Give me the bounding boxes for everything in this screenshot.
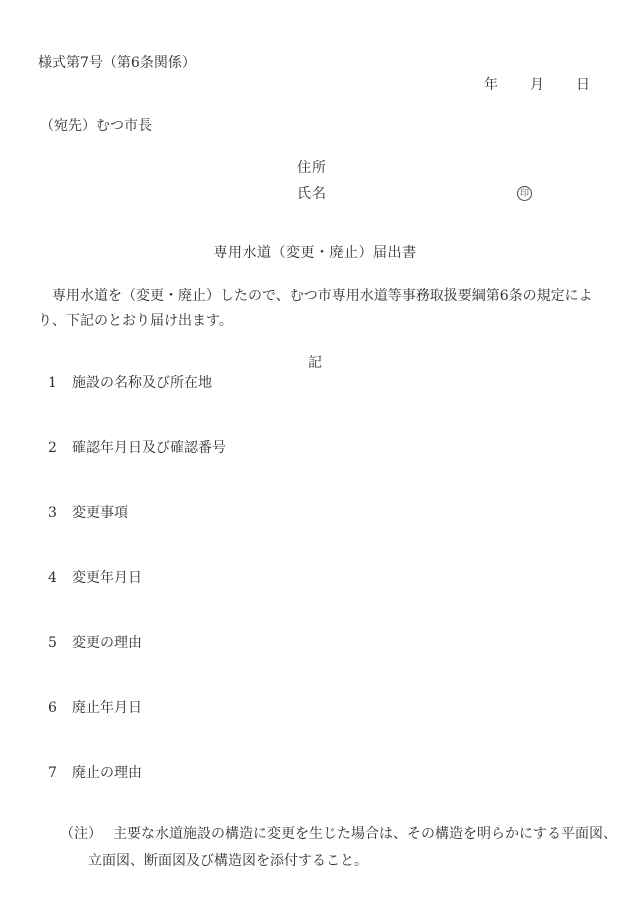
list-item-7: 7 廃止の理由: [48, 765, 142, 782]
submitter-name-label: 氏名: [297, 186, 327, 203]
list-item-2: 2 確認年月日及び確認番号: [48, 440, 226, 457]
record-heading: 記: [0, 355, 630, 372]
item-number: 6: [48, 700, 72, 717]
note-text-line-2: 立面図、断面図及び構造図を添付すること。: [88, 853, 368, 870]
seal-mark-icon: 印: [517, 186, 532, 201]
date-day-label: 日: [576, 77, 590, 94]
document-page: 様式第7号（第6条関係） 年 月 日 （宛先）むつ市長 住所 氏名 印 専用水道…: [0, 0, 630, 915]
item-number: 2: [48, 440, 72, 457]
date-month-label: 月: [530, 77, 544, 94]
note-label: （注）: [60, 826, 102, 843]
item-label: 廃止の理由: [72, 765, 142, 782]
date-line: 年 月 日: [484, 77, 590, 94]
item-label: 変更事項: [72, 505, 128, 522]
item-number: 7: [48, 765, 72, 782]
item-number: 1: [48, 375, 72, 392]
list-item-1: 1 施設の名称及び所在地: [48, 375, 212, 392]
item-number: 3: [48, 505, 72, 522]
item-number: 4: [48, 570, 72, 587]
body-paragraph-line-2: り、下記のとおり届け出ます。: [38, 313, 233, 330]
item-label: 変更年月日: [72, 570, 142, 587]
submitter-address-label: 住所: [297, 160, 327, 177]
item-label: 変更の理由: [72, 635, 142, 652]
body-paragraph-line-1: 専用水道を（変更・廃止）したので、むつ市専用水道等事務取扱要綱第6条の規定によ: [38, 288, 593, 305]
item-label: 施設の名称及び所在地: [72, 375, 212, 392]
list-item-4: 4 変更年月日: [48, 570, 142, 587]
note-text-line-1: 主要な水道施設の構造に変更を生じた場合は、その構造を明らかにする平面図、: [113, 826, 617, 843]
list-item-5: 5 変更の理由: [48, 635, 142, 652]
date-year-label: 年: [484, 77, 498, 94]
document-title: 専用水道（変更・廃止）届出書: [0, 245, 630, 262]
addressee: （宛先）むつ市長: [40, 118, 152, 135]
list-item-3: 3 変更事項: [48, 505, 128, 522]
list-item-6: 6 廃止年月日: [48, 700, 142, 717]
item-label: 確認年月日及び確認番号: [72, 440, 226, 457]
form-number: 様式第7号（第6条関係）: [38, 55, 196, 72]
item-number: 5: [48, 635, 72, 652]
item-label: 廃止年月日: [72, 700, 142, 717]
